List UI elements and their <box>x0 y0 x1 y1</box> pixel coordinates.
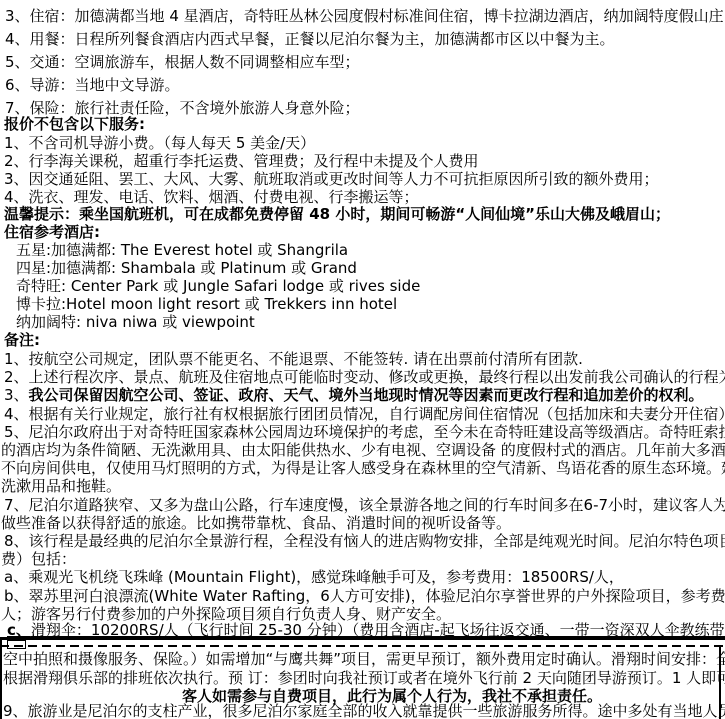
note-line: 不向房间供电，仅使用马灯照明的方式，为得是让客人感受身在森林里的空气清新、鸟语花… <box>1 459 725 477</box>
hotel-line: 五星:加德满都: The Everest hotel 或 Shangrila <box>16 241 348 259</box>
note-line: 做些准备以获得舒适的旅途。比如携带靠枕、食品、消遣时间的视听设备等。 <box>1 514 511 532</box>
hotel-line: 奇特旺: Center Park 或 Jungle Safari lodge 或… <box>16 277 420 295</box>
footer-line: 根据滑翔俱乐部的排班依次执行。预 订：参团时向我社预订或者在境外飞行前 2 天向… <box>3 669 725 687</box>
note-line: 洗漱用品和拖鞋。 <box>1 477 121 495</box>
intro-line: 6、导游：当地中文导游。 <box>5 76 180 94</box>
note-line: a、乘观光飞机绕飞珠峰 (Mountain Flight)，感觉珠峰触手可及，参… <box>4 568 624 586</box>
table-split-dashed-border <box>0 645 725 647</box>
hotel-line: 博卡拉:Hotel moon light resort 或 Trekkers i… <box>16 295 397 313</box>
page-break-rule <box>0 637 725 640</box>
intro-line: 4、用餐：日程所列餐食酒店内西式早餐，正餐以尼泊尔餐为主，加德满都市区以中餐为主… <box>5 30 615 48</box>
box-left-border <box>0 640 2 719</box>
note-line: 的酒店均为条件简陋、无洗漱用具、由太阳能供热水、少有电视、空调设备 的度假村式的… <box>1 441 725 459</box>
hotels-heading: 住宿参考酒店: <box>4 223 100 241</box>
exclusion-item: 1、不含司机导游小费。（每人每天 5 美金/天） <box>4 134 315 152</box>
intro-line: 3、住宿：加德满都当地 4 星酒店，奇特旺丛林公园度假村标准间住宿，博卡拉湖边酒… <box>5 7 725 25</box>
note-line: 7、尼泊尔道路狭窄、又多为盘山公路，行车速度慢，该全景游各地之间的行车时间多在6… <box>4 496 725 514</box>
document-page: 3、住宿：加德满都当地 4 星酒店，奇特旺丛林公园度假村标准间住宿，博卡拉湖边酒… <box>0 0 725 719</box>
note-line: 费）包括： <box>1 550 76 568</box>
footer-line: 空中拍照和摄像服务、保险。）如需增加“与鹰共舞”项目，需更早预订，额外费用定时确… <box>3 650 725 668</box>
exclusion-item: 3、因交通延阻、罢工、大风、大雾、航班取消或更改时间等人力不可抗拒原因所引致的额… <box>4 170 659 188</box>
note-line: 3、我公司保留因航空公司、签证、政府、天气、境外当地现时情况等因素而更改行程和追… <box>4 386 704 404</box>
note-line: b、翠苏里河白浪漂流(White Water Rafting，6人方可安排)，体… <box>4 587 725 605</box>
note-bold-text: 我公司保留因航空公司、签证、政府、天气、境外当地现时情况等因素而更改行程和追加差… <box>29 386 704 404</box>
exclusions-heading: 报价不包含以下服务: <box>4 115 145 133</box>
note-line: 4、根据有关行业规定，旅行社有权根据旅行团团员情况，自行调配房间住宿情况（包括加… <box>4 405 725 423</box>
note-line: 1、按航空公司规定，团队票不能更名、不能退票、不能签转. 请在出票前付清所有团款… <box>4 350 583 368</box>
note-line: 2、上述行程次序、景点、航班及住宿地点可能临时变动、修改或更换，最终行程以出发前… <box>4 368 725 386</box>
exclusion-item: 4、洗衣、理发、电话、饮料、烟酒、付费电视、行李搬运等； <box>4 188 419 206</box>
hotel-line: 纳加阔特: niva niwa 或 viewpoint <box>16 313 255 331</box>
hotel-line: 四星:加德满都: Shambala 或 Platinum 或 Grand <box>16 259 357 277</box>
footer-line: 9、旅游业是尼泊尔的支柱产业，很多尼泊尔家庭全部的收入就靠提供一些旅游服务所得。… <box>3 702 725 719</box>
notes-heading: 备注: <box>4 331 40 349</box>
note-marker: 3、 <box>4 386 29 404</box>
intro-line: 5、交通：空调旅游车，根据人数不同调整相应车型； <box>5 53 360 71</box>
note-line: 8、该行程是最经典的尼泊尔全景游行程，全程没有恼人的进店购物安排，全部是纯观光时… <box>4 532 725 550</box>
tip-line: 温馨提示：乘坐国航班机，可在成都免费停留 48 小时，期间可畅游“人间仙境”乐山… <box>4 205 670 223</box>
note-line: 5、尼泊尔政府出于对奇特旺国家森林公园周边环境保护的考虑，至今未在奇特旺建设高等… <box>4 423 725 441</box>
exclusion-item: 2、行李海关课税，超重行李托运费、管理费；及行程中未提及个人费用 <box>4 152 479 170</box>
